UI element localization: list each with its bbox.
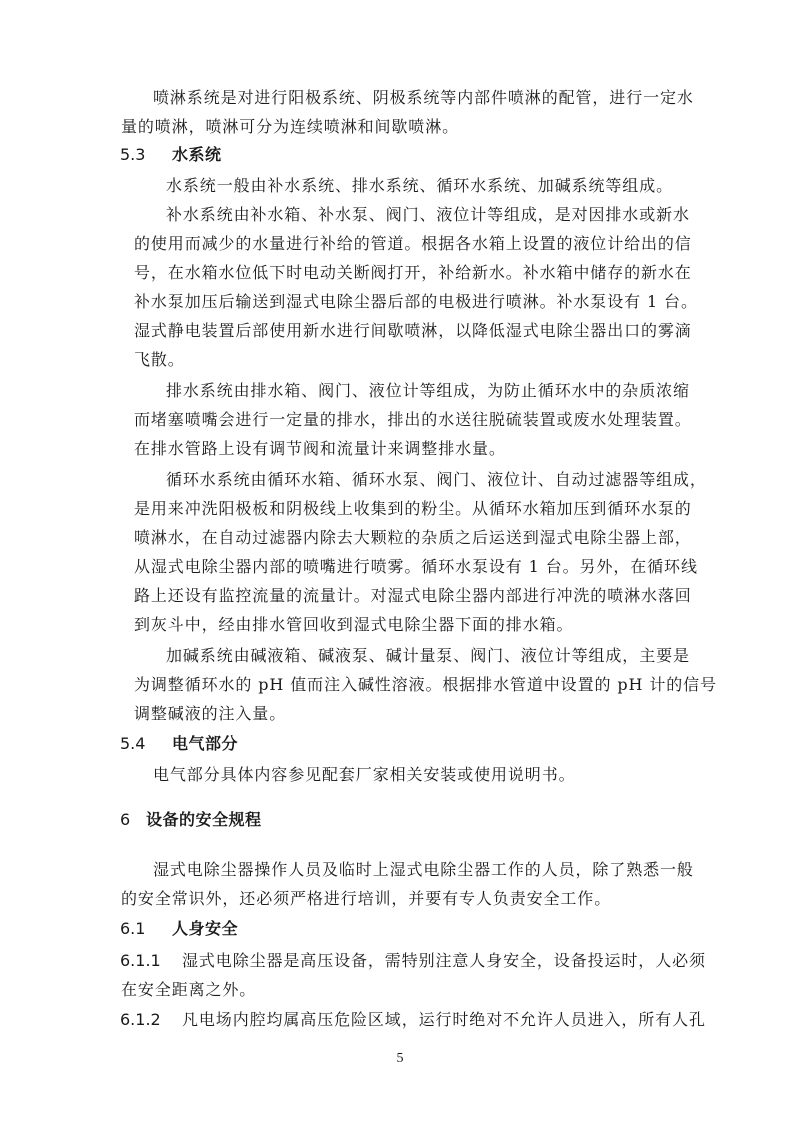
paragraph-line: 湿式静电装置后部使用新水进行间歇喷淋，以降低湿式电除尘器出口的雾滴 <box>134 321 692 341</box>
paragraph-line: 排水系统由排水箱、阀门、液位计等组成，为防止循环水中的杂质浓缩 <box>166 381 690 401</box>
section-title: 人身安全 <box>172 919 238 938</box>
section-heading-5-3: 5.3水系统 <box>120 145 222 165</box>
paragraph-line: 补水泵加压后输送到湿式电除尘器后部的电极进行喷淋。补水泵设有 1 台。 <box>134 292 698 312</box>
clause-6-1-2: 6.1.2凡电场内腔均属高压危险区域，运行时绝对不允许人员进入，所有人孔 <box>120 1010 706 1030</box>
section-title: 水系统 <box>172 145 222 164</box>
paragraph-line: 补水系统由补水箱、补水泵、阀门、液位计等组成，是对因排水或新水 <box>166 205 690 225</box>
paragraph-line: 调整碱液的注入量。 <box>134 704 286 724</box>
document-page: 喷淋系统是对进行阳极系统、阴极系统等内部件喷淋的配管，进行一定水 量的喷淋，喷淋… <box>0 0 800 1131</box>
section-title: 电气部分 <box>172 734 238 753</box>
paragraph-line: 的安全常识外，还必须严格进行培训，并要有专人负责安全工作。 <box>121 889 611 909</box>
paragraph-line: 号，在水箱水位低下时电动关断阀打开，补给新水。补水箱中储存的新水在 <box>134 263 692 283</box>
section-number: 6.1 <box>120 919 172 939</box>
section-heading-5-4: 5.4电气部分 <box>120 734 238 754</box>
paragraph-line: 循环水系统由循环水箱、循环水泵、阀门、液位计、自动过滤器等组成， <box>166 470 707 490</box>
paragraph-line: 湿式电除尘器操作人员及临时上湿式电除尘器工作的人员，除了熟悉一般 <box>153 860 694 880</box>
section-number: 5.3 <box>120 145 172 165</box>
section-number: 5.4 <box>120 734 172 754</box>
paragraph-line: 是用来冲洗阳极板和阴极线上收集到的粉尘。从循环水箱加压到循环水泵的 <box>134 499 692 519</box>
chapter-number: 6 <box>120 810 146 830</box>
page-number: 5 <box>0 1051 800 1067</box>
paragraph-line: 在安全距离之外。 <box>121 980 256 1000</box>
section-heading-6-1: 6.1人身安全 <box>120 919 238 939</box>
paragraph-line: 加碱系统由碱液箱、碱液泵、碱计量泵、阀门、液位计等组成，主要是 <box>166 646 690 666</box>
paragraph-line: 而堵塞喷嘴会进行一定量的排水，排出的水送往脱硫装置或废水处理装置。 <box>134 410 692 430</box>
chapter-heading-6: 6设备的安全规程 <box>120 810 262 830</box>
paragraph-line: 的使用而减少的水量进行补给的管道。根据各水箱上设置的液位计给出的信 <box>134 234 692 254</box>
paragraph-line: 电气部分具体内容参见配套厂家相关安装或使用说明书。 <box>153 765 576 785</box>
paragraph-line: 量的喷淋，喷淋可分为连续喷淋和间歇喷淋。 <box>121 117 459 137</box>
paragraph-line: 为调整循环水的 pH 值而注入碱性溶液。根据排水管道中设置的 pH 计的信号 <box>134 675 717 695</box>
paragraph-line: 水系统一般由补水系统、排水系统、循环水系统、加碱系统等组成。 <box>166 176 673 196</box>
paragraph-line: 从湿式电除尘器内部的喷嘴进行喷雾。循环水泵设有 1 台。另外，在循环线 <box>134 557 698 577</box>
clause-number: 6.1.2 <box>120 1010 182 1030</box>
paragraph-line: 喷淋系统是对进行阳极系统、阴极系统等内部件喷淋的配管，进行一定水 <box>153 88 694 108</box>
paragraph-line: 路上还设有监控流量的流量计。对湿式电除尘器内部进行冲洗的喷淋水落回 <box>134 586 692 606</box>
paragraph-line: 到灰斗中，经由排水管回收到湿式电除尘器下面的排水箱。 <box>134 615 573 635</box>
clause-text: 湿式电除尘器是高压设备，需特别注意人身安全，设备投运时，人必须 <box>182 951 706 970</box>
chapter-title: 设备的安全规程 <box>146 810 262 829</box>
clause-text: 凡电场内腔均属高压危险区域，运行时绝对不允许人员进入，所有人孔 <box>182 1010 706 1029</box>
paragraph-line: 飞散。 <box>134 350 185 370</box>
paragraph-line: 在排水管路上设有调节阀和流量计来调整排水量。 <box>134 439 506 459</box>
clause-number: 6.1.1 <box>120 951 182 971</box>
paragraph-line: 喷淋水，在自动过滤器内除去大颗粒的杂质之后运送到湿式电除尘器上部， <box>134 528 692 548</box>
clause-6-1-1: 6.1.1湿式电除尘器是高压设备，需特别注意人身安全，设备投运时，人必须 <box>120 951 706 971</box>
